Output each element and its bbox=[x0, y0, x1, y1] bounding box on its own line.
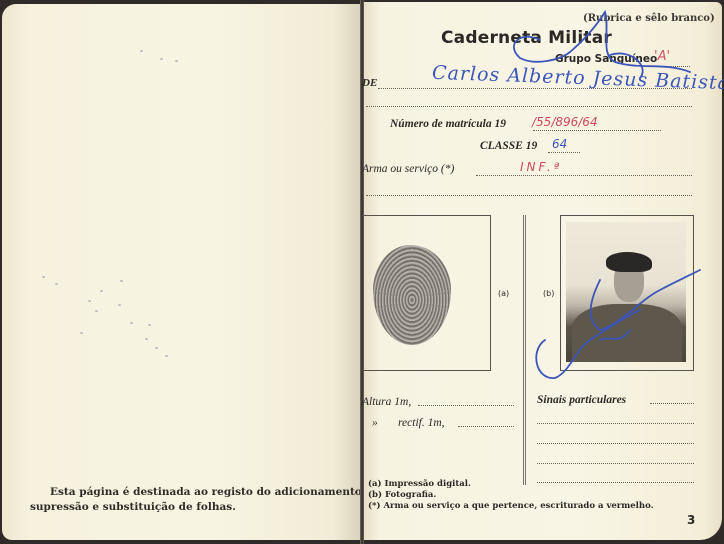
photo-beret bbox=[606, 252, 652, 272]
left-page bbox=[2, 4, 362, 540]
left-page-note: Esta página é destinada ao registo do ad… bbox=[30, 485, 360, 515]
left-note-line-1: Esta página é destinada ao registo do ad… bbox=[30, 485, 360, 500]
photo-uniform bbox=[572, 304, 682, 362]
footnote-b: (b) Fotografia. bbox=[368, 490, 654, 501]
sinais-label: Sinais particulares bbox=[537, 394, 626, 406]
classe-dotted-line bbox=[548, 152, 580, 153]
grupo-dotted-line bbox=[650, 66, 690, 67]
classe-value: 64 bbox=[552, 137, 567, 151]
rectif-prefix: » bbox=[372, 417, 378, 429]
rectif-dotted-line bbox=[458, 426, 514, 427]
matricula-label: Número de matrícula 19 bbox=[390, 118, 506, 130]
rubrica-note: (Rubrica e sêlo branco) bbox=[583, 13, 715, 24]
matricula-dotted-line bbox=[533, 130, 661, 131]
arma-label: Arma ou serviço (*) bbox=[362, 163, 454, 175]
arma-dotted-line-2 bbox=[366, 195, 692, 196]
altura-label: Altura 1m, bbox=[362, 396, 411, 408]
name-dotted-line-2 bbox=[366, 106, 692, 107]
de-label: DE bbox=[362, 77, 377, 89]
footnote-a: (a) Impressão digital. bbox=[368, 479, 654, 490]
arma-dotted-line bbox=[476, 175, 692, 176]
sinais-dotted-line bbox=[650, 403, 694, 404]
document-scan: Esta página é destinada ao registo do ad… bbox=[0, 0, 724, 544]
altura-dotted-line bbox=[418, 405, 514, 406]
grupo-sanguineo-label: Grupo Sanguíneo bbox=[555, 53, 657, 65]
grupo-sanguineo-value: 'A' bbox=[654, 49, 670, 64]
photo-tag: (b) bbox=[543, 289, 554, 298]
rectif-label: rectif. 1m, bbox=[398, 417, 445, 429]
document-title: Caderneta Militar bbox=[441, 28, 612, 48]
fingerprint-tag: (a) bbox=[498, 289, 509, 298]
page-number: 3 bbox=[687, 513, 695, 527]
footnote-asterisk: (*) Arma ou serviço a que pertence, escr… bbox=[368, 501, 654, 512]
matricula-value: /55/896/64 bbox=[532, 115, 598, 129]
sinais-line-4 bbox=[537, 463, 694, 464]
footnotes: (a) Impressão digital. (b) Fotografia. (… bbox=[368, 479, 654, 512]
left-note-line-2: supressão e substituição de folhas. bbox=[30, 500, 360, 515]
sinais-line-2 bbox=[537, 423, 694, 424]
soldier-photo bbox=[566, 222, 686, 362]
sinais-line-3 bbox=[537, 443, 694, 444]
column-separator bbox=[523, 215, 526, 485]
arma-value: INF.ª bbox=[520, 160, 562, 174]
classe-label: CLASSE 19 bbox=[480, 140, 537, 152]
